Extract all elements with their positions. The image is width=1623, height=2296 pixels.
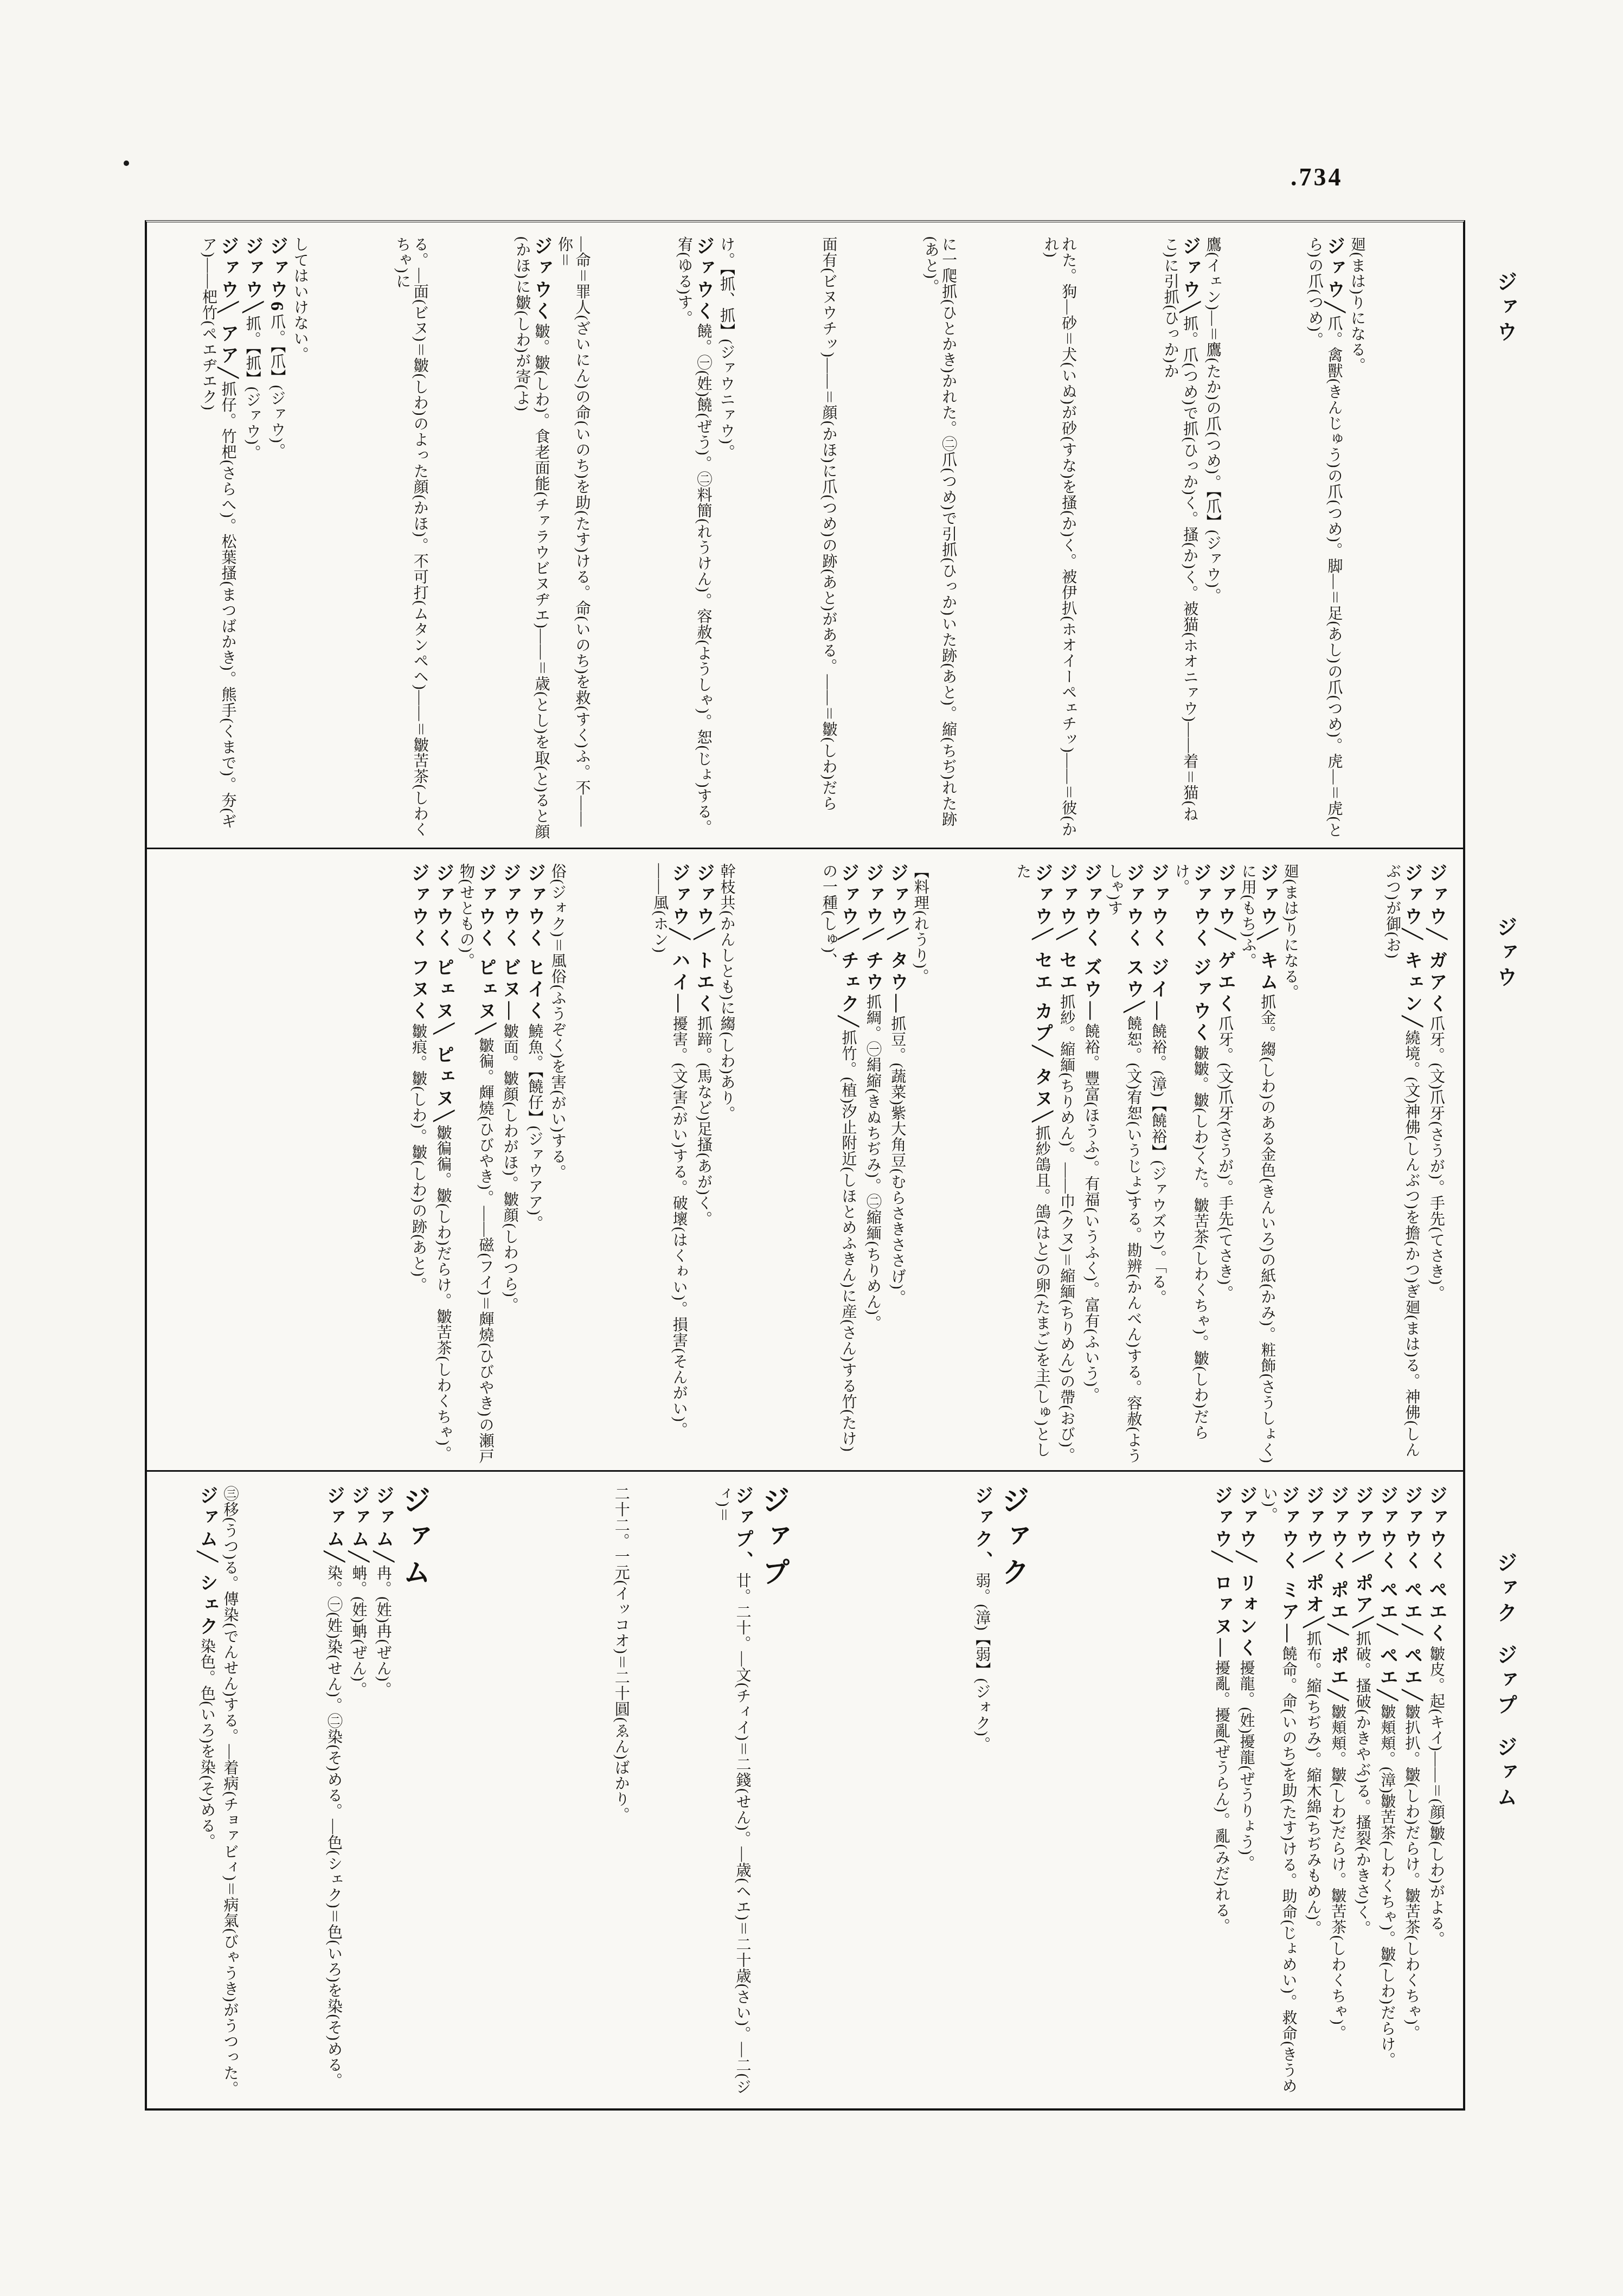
definition: 饒裕。豐富(ほうふ)。有福(いうふく)。富有(ふいう)。 <box>1083 1023 1100 1403</box>
definition: 廻(まは)りになる。 <box>1349 236 1365 374</box>
definition: 抓。爪(つめ)で抓(ひっか)く。搔(か)く。被猫(ホオニァウ)——着＝猫(ねこ)… <box>1162 236 1198 822</box>
headword: ジァウ╱ リォンく <box>1236 1486 1256 1660</box>
dict-column: ジァム╱染。㊀(姓)染(せん)。㊁染(そ)める。—色(シェク)＝色(いろ)を染(… <box>323 1486 344 2103</box>
dict-column: ジァウ╱爪。禽獸(きんじゅう)の爪(つめ)。脚—＝足(あし)の爪(つめ)。虎—＝… <box>1306 236 1345 842</box>
definition: 抓紗。縮緬(ちりめん)。——巾(クヌ)＝縮緬(ちりめん)の帶(おび)。 <box>1058 994 1075 1464</box>
dict-column: ジァウく饒。㊀(姓)饒(ぜう)。㊁料簡(れうけん)。容赦(ようしゃ)。恕(じょ)… <box>675 236 714 842</box>
dict-column: ジァウ╲ キム抓金。縐(しわ)のある金色(きんいろ)の紙(かみ)。粧飾(さうしょ… <box>1239 863 1278 1465</box>
definition: 擾龍。(姓)擾龍(ぜうりょう)。 <box>1237 1660 1254 1871</box>
definition: 面有(ビヌウチッ)——＝顔(かほ)に爪(つめ)の跡(あと)がある。——＝皺(しわ… <box>820 236 837 811</box>
dict-column: 俗(ジォク)＝風俗(ふうぞく)を害(がい)する。 <box>548 863 647 1465</box>
definition: 擾亂。擾亂(ぜうらん)。亂(みだ)れる。 <box>1213 1660 1230 1934</box>
dict-column: 面有(ビヌウチッ)——＝顔(かほ)に爪(つめ)の跡(あと)がある。——＝皺(しわ… <box>819 236 918 842</box>
dict-column: ジァウ╲ ポオ╲抓布。縮(ちぢみ)。縮木綿(ちぢみもめん)。 <box>1302 1486 1323 2103</box>
band-1: 廻(まは)りになる。ジァウ╱爪。禽獸(きんじゅう)の爪(つめ)。脚—＝足(あし)… <box>147 222 1463 848</box>
dict-column: ジァウく ピェヌ╲皺徧。皹燒(ひびやき)。——磁(フイ)＝皹燒(ひびやき)の瀬戸… <box>457 863 496 1465</box>
dict-column: に一爬抓(ひとかき)かれた。㊁爪(つめ)で引抓(ひっか)いた跡(あと)。縮(ちぢ… <box>921 236 1038 842</box>
headword: ジァウ╱ ゲエく <box>1215 863 1235 1016</box>
headword: ジァム╱ シェク <box>197 1486 217 1638</box>
definition: 冉。(姓)冉(ぜん)。 <box>375 1565 392 1697</box>
dict-column: ジァウ╱ ゲエく爪牙。(文)爪牙(さうが)。手先(てさき)。 <box>1214 863 1235 1465</box>
headword: ジァウく ペエ╱ ペエ╱ <box>1402 1486 1422 1704</box>
dict-column: ジァウ╱ キェン╱繞境。(文)神佛(しんぶつ)を擔(かつ)ぎ廻(まは)る。神佛(… <box>1383 863 1422 1465</box>
dict-column: ジァウ╲ タウ—抓豆。(蔬菜)紫大角豆(むらさきささげ)。 <box>887 863 908 1465</box>
headword: ジァウく ポエ╱ ポエ╱ <box>1327 1486 1348 1704</box>
definition: 皺皮。起(キイ)——＝(顔)皺(しわ)がよる。 <box>1428 1646 1445 1947</box>
definition: 染。㊀(姓)染(せん)。㊁染(そ)める。—色(シェク)＝色(いろ)を染(そ)める… <box>325 1565 342 2088</box>
headword: ジァウく ペエく <box>1426 1486 1446 1646</box>
definition: 鷹(イェン)—＝鷹(たか)の爪(つめ)。【爪】(ジァウ)。 <box>1204 236 1221 604</box>
dict-column: れた。狗—砂＝犬(いぬ)が砂(すな)を搔(か)く。被伊扒(ホオイーペェチッ)——… <box>1041 236 1158 842</box>
dict-column: ジァウく ペエく皺皮。起(キイ)——＝(顔)皺(しわ)がよる。 <box>1426 1486 1447 2103</box>
headword: ジァウ╲ チウ <box>863 863 883 994</box>
dict-column: 【料理(れうり)。 <box>911 863 1010 1465</box>
definition: 廿。二十。—文(チィイ)＝二錢(せん)。—歳(ヘエ)＝二十歳(さい)。—二(ジィ… <box>715 1486 750 2095</box>
definition: —命＝罪人(ざいにん)の命(いのち)を助(たす)ける。命(いのち)を救(すく)ふ… <box>556 236 590 827</box>
definition: 皺面。皺顔(しわがほ)。皺顔(しわつら)。 <box>502 1023 518 1313</box>
margin-guide-band3-jamu: ジァム <box>1490 1736 1520 1811</box>
definition: 饒裕。(漳)【饒裕】(ジァウズウ)。「る。 <box>1150 1023 1166 1305</box>
dict-column: 鷹(イェン)—＝鷹(たか)の爪(つめ)。【爪】(ジァウ)。 <box>1203 236 1302 842</box>
headword: ジァム╱ <box>324 1486 344 1565</box>
definition: 饒。㊀(姓)饒(ぜう)。㊁料簡(れうけん)。容赦(ようしゃ)。恕(じょ)する。宥… <box>676 236 711 835</box>
dict-column: ジァウ╱ ガアく爪牙。(文)爪牙(さうが)。手先(てさき)。 <box>1426 863 1447 1465</box>
band-3: ジァウく ペエく皺皮。起(キイ)——＝(顔)皺(しわ)がよる。ジァウく ペエ╱ … <box>147 1470 1463 2108</box>
headword: ジァウ╲ セエ カプ╱ タヌ╲ <box>1032 863 1052 1125</box>
headword: ジァウ╲ <box>1179 236 1199 316</box>
headword: ジァク、 <box>972 1486 992 1573</box>
headword: ジァム╱ <box>373 1486 393 1565</box>
definition: 皺頬頬。皺(しわ)だらけ。皺苦茶(しわくちゃ)。 <box>1329 1704 1346 2041</box>
dict-column: ジァク、弱。(漳)【弱】(ジォク)。 <box>971 1486 992 2103</box>
definition: 蚺。(姓)蚺(ぜん)。 <box>350 1565 367 1697</box>
definition: 【料理(れうり)。 <box>912 863 929 985</box>
dict-column: ジァウく ペエ╱ ペエ╱皺扒扒。皺(しわ)だらけ。皺苦茶(しわくちゃ)。 <box>1401 1486 1422 2103</box>
headword: ジァウ╲ ポア╲ <box>1352 1486 1372 1631</box>
dict-column: ジァウ╲ セエ カプ╱ タヌ╲抓紗鴿且。鴿(はと)の卵(たまご)を主(しゅ)とし… <box>1013 863 1053 1465</box>
section-header: ジァム <box>397 1486 608 2103</box>
dict-column: ジァウ╲ トエく抓蹄。(馬など)足搔(あが)く。 <box>693 863 714 1465</box>
definition: 爪牙。(文)爪牙(さうが)。手先(てさき)。 <box>1216 1016 1233 1301</box>
definition: れた。狗—砂＝犬(いぬ)が砂(すな)を搔(か)く。被伊扒(ホオイーペェチッ)——… <box>1042 236 1076 837</box>
dict-column: ジァウく皺。皺(しわ)。食老面能(チァラウビヌヂエ)——＝歳(とし)を取(と)る… <box>513 236 552 842</box>
dict-column: 色取(いろど)る。彩色(さいしき)する。 <box>147 1486 193 2103</box>
headword: ジァウ╱ ガアく <box>1426 863 1446 1016</box>
definition: 抓豆。(蔬菜)紫大角豆(むらさきささげ)。 <box>889 1016 906 1305</box>
headword: ジァウ╲ アア╱ <box>217 236 238 381</box>
margin-guide-band1: ジァウ <box>1490 271 1520 346</box>
section-label: ジァク <box>997 1486 1028 1593</box>
definition: に一爬抓(ひとかき)かれた。㊁爪(つめ)で引抓(ひっか)いた跡(あと)。縮(ちぢ… <box>922 236 957 827</box>
ink-speck <box>124 161 129 166</box>
margin-guide-band3-jaku: ジァク <box>1490 1552 1520 1627</box>
dict-column: 廻(まは)りになる。 <box>1348 236 1447 842</box>
dict-column: ジァウく ズウ—饒裕。豐富(ほうふ)。有福(いうふく)。富有(ふいう)。 <box>1080 863 1101 1465</box>
dict-column: ジァム╱ シェク染色。色(いろ)を染(そ)める。 <box>196 1486 217 2103</box>
definition: 俗(ジォク)＝風俗(ふうぞく)を害(がい)する。 <box>549 863 566 1180</box>
definition: 抓破。搔破(かきやぶ)る。搔裂(かきさ)く。 <box>1354 1631 1371 1936</box>
headword: ジァウ╲ セエ <box>1056 863 1076 994</box>
headword: ジァウく ビヌ— <box>500 863 520 1023</box>
definition: 抓布。縮(ちぢみ)。縮木綿(ちぢみもめん)。 <box>1305 1631 1322 1936</box>
headword: ジァウ6 <box>267 236 287 314</box>
dict-column: 幹枝共(かんしとも)に縐(しわ)あり。 <box>717 863 816 1465</box>
page-number: .734 <box>1291 163 1343 191</box>
dict-column: ㊂移(うつ)る。傳染(でんせん)する。—着病(チョァビィ)＝病氣(びゃうき)がう… <box>221 1486 319 2103</box>
dict-column: ジァウく ペエ╱ ペエ╱皺頬頬。(漳)皺苦茶(しわくちゃ)。皺(しわ)だらけ。 <box>1376 1486 1397 2103</box>
headword: ジァウく ジァウく <box>1190 863 1210 1045</box>
definition: 弱。(漳)【弱】(ジォク)。 <box>973 1573 990 1752</box>
headword: ジァウ╲ <box>242 236 262 316</box>
headword: ジァウく ペエ╱ ペエ╱ <box>1377 1486 1397 1704</box>
dict-column: ジァウく ヒイく鱙魚。【饒仔】(ジァウアア)。 <box>524 863 545 1465</box>
headword: ジァウ╱ <box>1324 236 1344 316</box>
dict-column: ジァウ╲ アア╱抓仔。竹杷(さらへ)。松葉搔(まつばかき)。熊手(くまで)。夯(… <box>200 236 239 842</box>
section-label: ジァプ <box>758 1486 788 1593</box>
headword: ジァウ╲ トエく <box>694 863 714 1016</box>
headword: ジァプ、 <box>733 1486 753 1573</box>
dict-column: 二十二。一元(イッコオ)＝二十圓(ゑん)ばかり。 <box>612 1486 710 2103</box>
dict-column: ジァウ╲抓。爪(つめ)で抓(ひっか)く。搔(か)く。被猫(ホオニァウ)——着＝猫… <box>1161 236 1200 842</box>
headword: ジァウ╱ ロァヌ— <box>1211 1486 1231 1660</box>
definition: 爪。禽獸(きんじゅう)の爪(つめ)。脚—＝足(あし)の爪(つめ)。虎—＝虎(とら… <box>1306 236 1342 838</box>
dict-column: ジァウく フヌく皺痕。皺(しわ)。皺(しわ)の跡(あと)。 <box>408 863 429 1465</box>
dict-column: ジァウく スウ╲饒恕。(文)宥恕(いうじょ)する。勘辨(かんべん)する。容赦(よ… <box>1105 863 1144 1465</box>
headword: ジァウ╱ ハイ— <box>669 863 689 1016</box>
dict-column: ジァプ、廿。二十。—文(チィイ)＝二錢(せん)。—歳(ヘエ)＝二十歳(さい)。—… <box>714 1486 753 2103</box>
definition: 皺頬頬。(漳)皺苦茶(しわくちゃ)。皺(しわ)だらけ。 <box>1378 1704 1395 2068</box>
definition: してはいけない。 <box>292 236 309 362</box>
band-2: ジァウ╱ ガアく爪牙。(文)爪牙(さうが)。手先(てさき)。ジァウ╱ キェン╱繞… <box>147 848 1463 1470</box>
definition: 皺。皺(しわ)。食老面能(チァラウビヌヂエ)——＝歳(とし)を取(と)ると顔(か… <box>514 236 549 840</box>
definition: 二十二。一元(イッコオ)＝二十圓(ゑん)ばかり。 <box>613 1486 630 1823</box>
definition: 抓綢。㊀絹縮(きぬちぢみ)。㊁縮緬(ちりめん)。 <box>864 994 881 1331</box>
headword: ジァウ╲ チェク╱ <box>838 863 858 1030</box>
definition: 皺痕。皺(しわ)。皺(しわ)の跡(あと)。 <box>410 1023 427 1293</box>
headword: ジァウく ズウ— <box>1081 863 1101 1023</box>
definition: 爪。【爪】(ジァウ)。 <box>268 314 285 459</box>
dict-column: ジァウく ジイ—饒裕。(漳)【饒裕】(ジァウズウ)。「る。 <box>1147 863 1169 1465</box>
headword: ジァウく ヒイく <box>524 863 544 1023</box>
dict-column: る。—面(ビヌ)＝皺(しわ)のよった顔(かほ)。不可打(ムタンペヘ)——＝皺苦茶… <box>393 236 510 842</box>
definition: 抓蹄。(馬など)足搔(あが)く。 <box>695 1016 712 1227</box>
dict-column: ジァム╱蚺。(姓)蚺(ぜん)。 <box>348 1486 369 2103</box>
headword: ジァウく スウ╲ <box>1124 863 1144 1016</box>
definition: け。【抓、抓】(ジァウニァウ)。 <box>718 236 735 460</box>
section-header: ジァプ <box>756 1486 968 2103</box>
headword: ジァウく フヌく <box>408 863 428 1023</box>
headword: ジァウ╲ タウ— <box>887 863 907 1016</box>
definition: 爪牙。(文)爪牙(さうが)。手先(てさき)。 <box>1428 1016 1445 1301</box>
section-header: ジァク <box>996 1486 1207 2103</box>
headword: ジァム╱ <box>348 1486 368 1565</box>
dict-column: ジァム╱冉。(姓)冉(ぜん)。 <box>372 1486 393 2103</box>
dict-column: ジァウ╲抓。【抓】(ジァウ)。 <box>241 236 262 842</box>
dict-column: ジァウく ポエ╱ ポエ╱皺頬頬。皺(しわ)だらけ。皺苦茶(しわくちゃ)。 <box>1327 1486 1348 2103</box>
margin-guide-band3-japu: ジァプ <box>1490 1644 1520 1719</box>
definition: 鱙魚。【饒仔】(ジァウアア)。 <box>526 1023 543 1232</box>
dict-column: け。【抓、抓】(ジァウニァウ)。 <box>717 236 816 842</box>
dict-column: ジァウ╱ リォンく擾龍。(姓)擾龍(ぜうりょう)。 <box>1235 1486 1256 2103</box>
definition: 染色。色(いろ)を染(そ)める。 <box>198 1638 215 1849</box>
headword: ジァウく <box>693 236 713 323</box>
dict-column: ジァウ╲ ポア╲抓破。搔破(かきやぶ)る。搔裂(かきさ)く。 <box>1351 1486 1372 2103</box>
section-label: ジァム <box>398 1486 429 1593</box>
headword: ジァウ╲ キム <box>1257 863 1277 994</box>
definition: ㊂移(うつ)る。傳染(でんせん)する。—着病(チョァビィ)＝病氣(びゃうき)がう… <box>222 1486 239 2097</box>
headword: ジァウく ピェヌ╲ ピェヌ╲ <box>433 863 453 1125</box>
dict-column: ジァウく ミア—饒命。命(いのち)を助(たす)ける。助命(じょめい)。救命(きう… <box>1260 1486 1299 2103</box>
margin-guide-band2: ジァウ <box>1490 916 1520 991</box>
dict-column: ジァウ╲ セエ抓紗。縮緬(ちりめん)。——巾(クヌ)＝縮緬(ちりめん)の帶(おび… <box>1056 863 1077 1465</box>
dict-column: ジァウ╲ チウ抓綢。㊀絹縮(きぬちぢみ)。㊁縮緬(ちりめん)。 <box>862 863 883 1465</box>
definition: 皺扒扒。皺(しわ)だらけ。皺苦茶(しわくちゃ)。 <box>1403 1704 1420 2041</box>
headword: ジァウ╱ キェン╱ <box>1402 863 1422 1030</box>
dict-column: ジァウ╲ チェク╱抓竹。(植)汐止附近(しほとめふきん)に産(さん)する竹(たけ… <box>820 863 859 1465</box>
headword: ジァウく ミア— <box>1278 1486 1298 1646</box>
headword: ジァウ╲ ポオ╲ <box>1303 1486 1323 1631</box>
dict-column: ジァウ╱ ロァヌ—擾亂。擾亂(ぜうらん)。亂(みだ)れる。 <box>1211 1486 1232 2103</box>
dict-column: ジァウ╱ ハイ—擾害。(文)害(がい)する。破壞(はくゎい)。損害(そんがい)。… <box>651 863 690 1465</box>
dictionary-page: 廻(まは)りになる。ジァウ╱爪。禽獸(きんじゅう)の爪(つめ)。脚—＝足(あし)… <box>145 220 1465 2111</box>
definition: 幹枝共(かんしとも)に縐(しわ)あり。 <box>719 863 735 1121</box>
definition: 皺徧徧。皺(しわ)だらけ。皺苦茶(しわくちゃ)。 <box>435 1125 452 1461</box>
dict-column: 廻(まは)りになる。 <box>1281 863 1380 1465</box>
headword: ジァウく <box>531 236 551 323</box>
definition: 廻(まは)りになる。 <box>1282 863 1299 1001</box>
dict-column: してはいけない。 <box>291 236 389 842</box>
dict-column: ジァウく ピェヌ╲ ピェヌ╲皺徧徧。皺(しわ)だらけ。皺苦茶(しわくちゃ)。 <box>432 863 453 1465</box>
dict-column: —命＝罪人(ざいにん)の命(いのち)を助(たす)ける。命(いのち)を救(すく)ふ… <box>555 236 672 842</box>
definition: 抓。【抓】(ジァウ)。 <box>244 316 261 461</box>
dict-column: ジァウく ジァウく皺皺。皺(しわ)くた。皺苦茶(しわくちゃ)。皺(しわ)だらけ。 <box>1172 863 1211 1465</box>
dict-column: ジァウく ビヌ—皺面。皺顔(しわがほ)。皺顔(しわつら)。 <box>499 863 520 1465</box>
dict-column: 葉(ヒォ)＝竹杷(さらへ)で竹(たけ)の葉(は)を搔寄(かきよ)せる。 <box>147 236 196 842</box>
definition: る。—面(ビヌ)＝皺(しわ)のよった顔(かほ)。不可打(ムタンペヘ)——＝皺苦茶… <box>394 236 428 837</box>
headword: ジァウく ピェヌ╲ <box>475 863 495 1037</box>
headword: ジァウく ジイ— <box>1148 863 1168 1023</box>
dict-column: ジァウ6爪。【爪】(ジァウ)。 <box>266 236 287 842</box>
